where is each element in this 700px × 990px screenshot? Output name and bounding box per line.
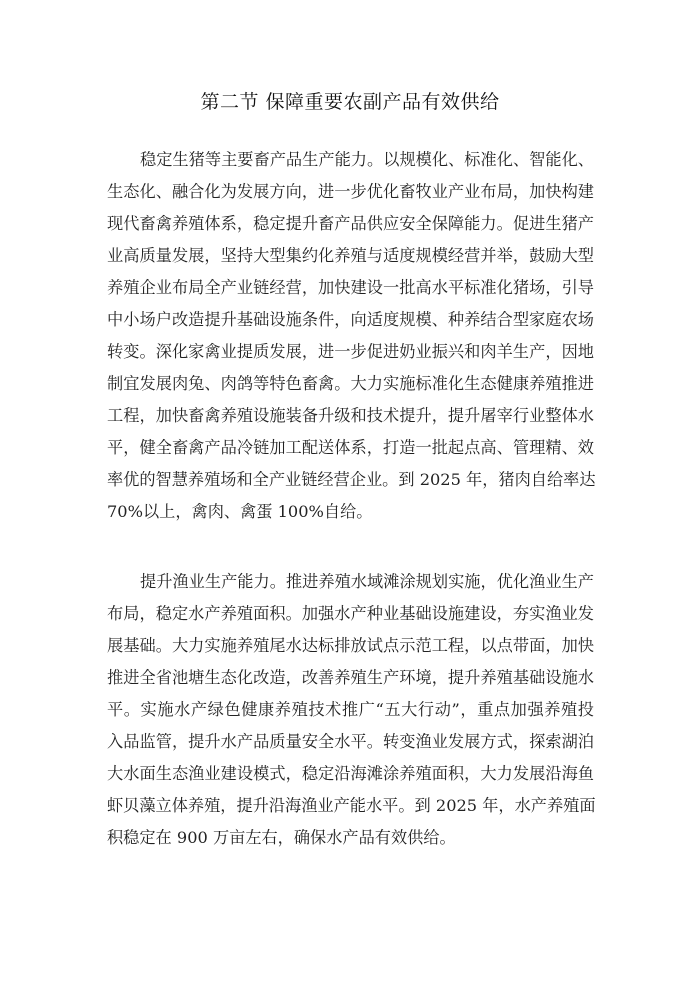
text-line: 转变。深化家禽业提质发展，进一步促进奶业振兴和肉羊生产，因地 bbox=[107, 336, 594, 368]
text-line: 平。实施水产绿色健康养殖技术推广“五大行动”，重点加强养殖投 bbox=[107, 694, 594, 726]
text-line: 展基础。大力实施养殖尾水达标排放试点示范工程，以点带面，加快 bbox=[107, 630, 594, 662]
text-line: 积稳定在 900 万亩左右，确保水产品有效供给。 bbox=[107, 822, 594, 854]
text-line: 虾贝藻立体养殖，提升沿海渔业产能水平。到 2025 年，水产养殖面 bbox=[107, 790, 594, 822]
text-line: 推进全省池塘生态化改造，改善养殖生产环境，提升养殖基础设施水 bbox=[107, 662, 594, 694]
text-line: 稳定生猪等主要畜产品生产能力。以规模化、标准化、智能化、 bbox=[107, 144, 594, 176]
text-line: 工程，加快畜禽养殖设施装备升级和技术提升，提升屠宰行业整体水 bbox=[107, 400, 594, 432]
paragraph-fishery: 提升渔业生产能力。推进养殖水域滩涂规划实施，优化渔业生产 布局，稳定水产养殖面积… bbox=[107, 566, 594, 854]
paragraph-livestock: 稳定生猪等主要畜产品生产能力。以规模化、标准化、智能化、 生态化、融合化为发展方… bbox=[107, 144, 594, 528]
text-line: 养殖企业布局全产业链经营，加快建设一批高水平标准化猪场，引导 bbox=[107, 272, 594, 304]
text-line: 大水面生态渔业建设模式，稳定沿海滩涂养殖面积，大力发展沿海鱼 bbox=[107, 758, 594, 790]
text-line: 平，健全畜禽产品冷链加工配送体系，打造一批起点高、管理精、效 bbox=[107, 432, 594, 464]
text-line: 现代畜禽养殖体系，稳定提升畜产品供应安全保障能力。促进生猪产 bbox=[107, 208, 594, 240]
section-title: 第二节 保障重要农副产品有效供给 bbox=[0, 88, 700, 116]
text-line: 中小场户改造提升基础设施条件，向适度规模、种养结合型家庭农场 bbox=[107, 304, 594, 336]
text-line: 70%以上，禽肉、禽蛋 100%自给。 bbox=[107, 496, 594, 528]
text-line: 提升渔业生产能力。推进养殖水域滩涂规划实施，优化渔业生产 bbox=[107, 566, 594, 598]
text-line: 生态化、融合化为发展方向，进一步优化畜牧业产业布局，加快构建 bbox=[107, 176, 594, 208]
text-line: 率优的智慧养殖场和全产业链经营企业。到 2025 年，猪肉自给率达 bbox=[107, 464, 594, 496]
text-line: 制宜发展肉兔、肉鸽等特色畜禽。大力实施标准化生态健康养殖推进 bbox=[107, 368, 594, 400]
text-line: 业高质量发展，坚持大型集约化养殖与适度规模经营并举，鼓励大型 bbox=[107, 240, 594, 272]
text-line: 布局，稳定水产养殖面积。加强水产种业基础设施建设，夯实渔业发 bbox=[107, 598, 594, 630]
document-page: 第二节 保障重要农副产品有效供给 稳定生猪等主要畜产品生产能力。以规模化、标准化… bbox=[0, 0, 700, 990]
text-line: 入品监管，提升水产品质量安全水平。转变渔业发展方式，探索湖泊 bbox=[107, 726, 594, 758]
